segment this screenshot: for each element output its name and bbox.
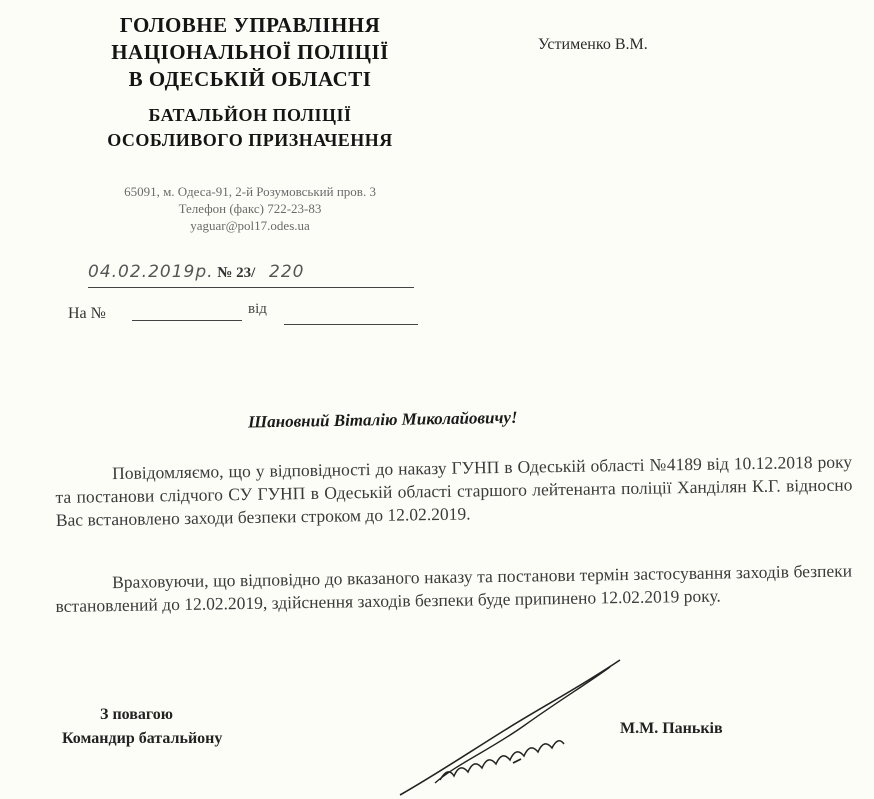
letterhead-organization: ГОЛОВНЕ УПРАВЛІННЯ НАЦІОНАЛЬНОЇ ПОЛІЦІЇ … <box>60 12 440 93</box>
registration-date: 04.02.2019р. <box>88 262 214 282</box>
paragraph-text: Повідомляємо, що у відповідності до нака… <box>55 450 853 532</box>
paragraph-text: Враховуючи, що відповідно до вказаного н… <box>55 559 853 618</box>
signer-name: М.М. Паньків <box>620 720 723 738</box>
body-paragraph: Враховуючи, що відповідно до вказаного н… <box>55 559 853 618</box>
salutation: Шановний Віталію Миколайовичу! <box>248 406 648 433</box>
recipient-name: Устименко В.М. <box>538 36 648 54</box>
reference-number-label: На № <box>68 305 106 323</box>
signer-position: Командир батальйону <box>62 730 222 748</box>
letterhead-unit: БАТАЛЬЙОН ПОЛІЦІЇ ОСОБЛИВОГО ПРИЗНАЧЕННЯ <box>60 103 440 153</box>
letterhead-line: ОСОБЛИВОГО ПРИЗНАЧЕННЯ <box>60 128 440 153</box>
phone-line: Телефон (факс) 722-23-83 <box>60 200 440 217</box>
registration-line: 04.02.2019р. № 23/ 220 <box>88 262 418 282</box>
email-line: yaguar@pol17.odes.ua <box>60 217 440 234</box>
underline <box>88 287 414 288</box>
reference-date-label: від <box>248 301 267 318</box>
body-paragraph: Повідомляємо, що у відповідності до нака… <box>55 450 853 532</box>
underline <box>284 324 418 325</box>
letterhead-address: 65091, м. Одеса-91, 2-й Розумовський про… <box>60 183 440 234</box>
signature-icon <box>395 655 625 799</box>
closing-regards: З повагою <box>100 706 173 724</box>
registration-number-prefix: № 23/ <box>217 265 255 281</box>
letterhead-line: НАЦІОНАЛЬНОЇ ПОЛІЦІЇ <box>60 39 440 66</box>
letterhead-line: БАТАЛЬЙОН ПОЛІЦІЇ <box>60 103 440 128</box>
registration-number: 220 <box>269 262 304 282</box>
address-line: 65091, м. Одеса-91, 2-й Розумовський про… <box>60 183 440 200</box>
letterhead-line: В ОДЕСЬКІЙ ОБЛАСТІ <box>60 66 440 93</box>
underline <box>132 320 242 321</box>
letterhead-line: ГОЛОВНЕ УПРАВЛІННЯ <box>60 12 440 39</box>
